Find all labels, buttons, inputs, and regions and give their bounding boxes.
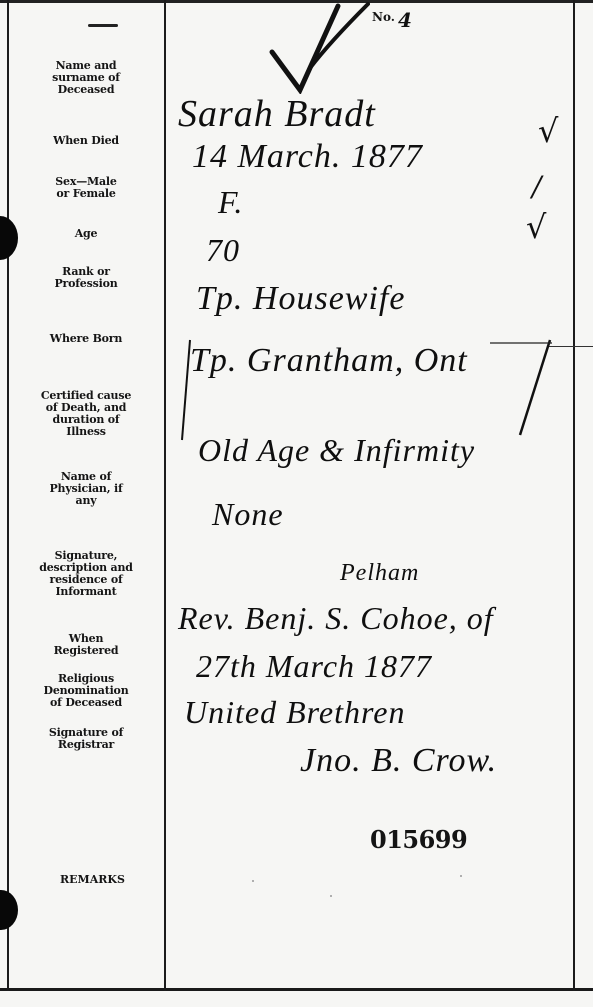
value-when-registered: 27th March 1877 (196, 648, 432, 685)
label-religious-denomination: Religious Denomination of Deceased (10, 673, 162, 709)
label-physician: Name of Physician, if any (10, 471, 162, 507)
label-age: Age (10, 228, 162, 240)
value-age: 70 (206, 232, 240, 269)
label-cause-of-death: Certified cause of Death, and duration o… (10, 390, 162, 438)
left-border-line (7, 0, 9, 991)
value-when-died: 14 March. 1877 (192, 138, 423, 176)
label-remarks: REMARKS (60, 873, 125, 886)
label-when-registered: When Registered (10, 633, 162, 657)
record-stamp-number: 015699 (370, 825, 467, 854)
field-labels-column: Name and surname of Deceased When Died S… (10, 0, 162, 990)
value-registrar-signature: Jno. B. Crow. (300, 742, 497, 780)
column-divider-line (164, 0, 166, 991)
label-name-of-deceased: Name and surname of Deceased (10, 60, 162, 96)
value-sex: F. (218, 184, 243, 221)
paper-speck (252, 880, 254, 882)
verification-tick-icon: √ (526, 208, 546, 246)
label-sex: Sex—Male or Female (10, 176, 162, 200)
label-rank-profession: Rank or Profession (10, 266, 162, 290)
value-name-of-deceased: Sarah Bradt (178, 92, 376, 136)
verification-tick-icon: / (532, 170, 541, 203)
label-registrar-signature: Signature of Registrar (10, 727, 162, 751)
death-record-page: Name and surname of Deceased When Died S… (0, 0, 593, 1007)
dash-mark (88, 24, 118, 27)
label-where-born: Where Born (10, 333, 162, 345)
annotation-bracket-lines (180, 335, 560, 455)
verification-tick-icon: √ (538, 112, 558, 150)
value-profession: Tp. Housewife (196, 280, 405, 318)
paper-speck (330, 895, 332, 897)
large-check-mark-icon (230, 2, 370, 94)
right-border-line (573, 0, 575, 991)
record-number-label: No. (372, 10, 395, 24)
label-informant: Signature, description and residence of … (10, 550, 162, 598)
value-physician: None (212, 496, 284, 533)
label-when-died: When Died (10, 135, 162, 147)
paper-speck (460, 875, 462, 877)
value-informant-residence: Pelham (340, 560, 419, 587)
record-number-value: 4 (398, 8, 412, 32)
value-religious-denomination: United Brethren (184, 694, 405, 731)
value-informant-name: Rev. Benj. S. Cohoe, of (178, 600, 494, 637)
